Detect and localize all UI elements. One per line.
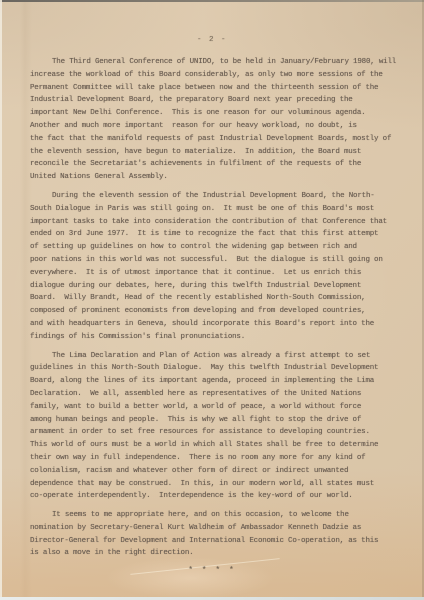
text-line: During the eleventh session of the Indus… [30, 190, 400, 203]
text-line: The Lima Declaration and Plan of Action … [30, 350, 400, 363]
text-line: armament in order to set free resources … [30, 426, 400, 439]
scan-edge-top [0, 0, 424, 2]
asterisk-separator: * * * * [0, 566, 424, 575]
page-number: - 2 - [0, 36, 424, 44]
text-line: findings of his Commission's final pronu… [30, 331, 400, 344]
text-line: Industrial Development Board, the prepar… [30, 94, 400, 107]
text-line: United Nations General Assembly. [30, 171, 400, 184]
text-line: The Third General Conference of UNIDO, t… [30, 56, 400, 69]
text-line: Permanent Committee will take place betw… [30, 82, 400, 95]
paragraph: It seems to me appropriate here, and on … [30, 509, 400, 560]
text-line: everywhere. It is of utmost importance t… [30, 267, 400, 280]
text-line: important New Delhi Conference. This is … [30, 107, 400, 120]
text-line: Board, along the lines of its important … [30, 375, 400, 388]
text-line: ended on 3rd June 1977. It is time to re… [30, 228, 400, 241]
text-line: composed of prominent economists from de… [30, 305, 400, 318]
text-line: dialogue during our debates, here, durin… [30, 280, 400, 293]
text-line: This world of ours must be a world in wh… [30, 439, 400, 452]
text-line: guidelines in this North-South Dialogue.… [30, 362, 400, 375]
text-line: reconcile the Secretariat's achievements… [30, 158, 400, 171]
text-line: poor nations in this world was not succe… [30, 254, 400, 267]
paragraph: During the eleventh session of the Indus… [30, 190, 400, 344]
text-line: co-operate interdependently. Interdepend… [30, 490, 400, 503]
text-line: Board. Willy Brandt, Head of the recentl… [30, 292, 400, 305]
text-line: family, want to build a better world, a … [30, 401, 400, 414]
text-line: nomination by Secretary-General Kurt Wal… [30, 522, 400, 535]
text-line: among human beings and people. This is w… [30, 414, 400, 427]
text-line: It seems to me appropriate here, and on … [30, 509, 400, 522]
text-line: important tasks to take into considerati… [30, 216, 400, 229]
text-line: Declaration. We all, assembled here as r… [30, 388, 400, 401]
text-line: colonialism, racism and whatever other f… [30, 465, 400, 478]
text-line: Director-General for Development and Int… [30, 535, 400, 548]
document-body: The Third General Conference of UNIDO, t… [30, 56, 400, 566]
paragraph: The Lima Declaration and Plan of Action … [30, 350, 400, 504]
text-line: is also a move in the right direction. [30, 547, 400, 560]
paragraph: The Third General Conference of UNIDO, t… [30, 56, 400, 184]
scanned-document-page: - 2 - The Third General Conference of UN… [0, 0, 424, 600]
text-line: the eleventh session, have begun to mate… [30, 146, 400, 159]
text-line: increase the workload of this Board cons… [30, 69, 400, 82]
text-line: Another and much more important reason f… [30, 120, 400, 133]
text-line: dependence that may be construed. In thi… [30, 478, 400, 491]
text-line: and with headquarters in Geneva, should … [30, 318, 400, 331]
text-line: the fact that the manifold requests of p… [30, 133, 400, 146]
text-line: their own way in full independence. Ther… [30, 452, 400, 465]
scan-edge-left [0, 0, 2, 600]
text-line: South Dialogue in Paris was still going … [30, 203, 400, 216]
text-line: of setting up guidelines on how to contr… [30, 241, 400, 254]
